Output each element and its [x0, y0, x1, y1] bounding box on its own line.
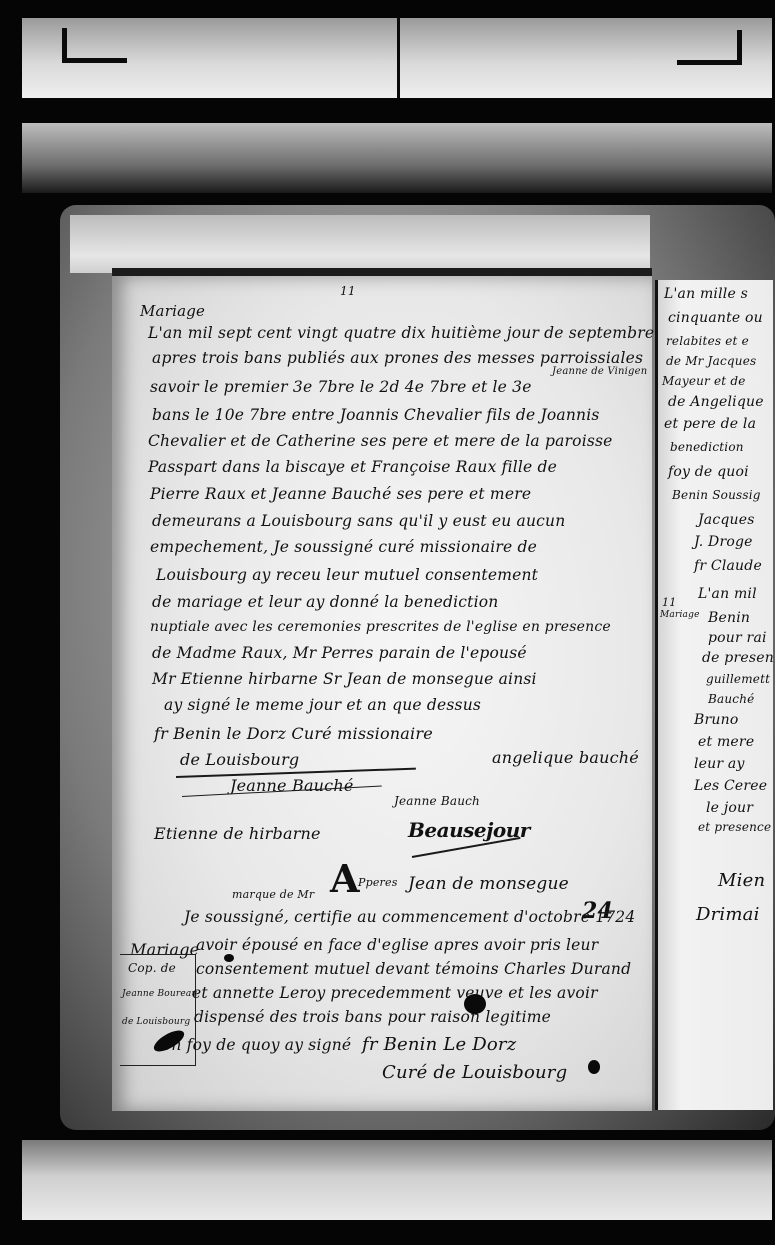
right-lower-line-2: Benin — [708, 610, 750, 626]
next-frame-strip — [22, 1140, 772, 1220]
frame-corner-bracket-right — [677, 30, 742, 65]
register-page-right: L'an mille s cinquante ou relabites et e… — [655, 280, 773, 1110]
right-lower-line-12: et presence — [698, 820, 771, 834]
witness-signature-jeanne-bauch: Jeanne Bauch — [394, 794, 480, 808]
margin-box-line-1: Cop. de — [128, 961, 176, 975]
priest-signature: fr Benin le Dorz Curé missionaire — [154, 724, 433, 743]
entry1-line-1: L'an mil sept cent vingt quatre dix huit… — [148, 324, 654, 342]
witness-signature-pperes: Pperes — [358, 876, 398, 889]
mark-label: marque de Mr — [232, 888, 314, 901]
right-lower-line-7: Bruno — [694, 712, 738, 728]
frame-corner-bracket-right — [22, 1180, 772, 1222]
entry1-line-2: apres trois bans publiés aux prones des … — [152, 349, 643, 367]
right-line-9: foy de quoi — [668, 464, 749, 480]
witness-signature-jean-de-monsegue: Jean de monsegue — [408, 874, 569, 894]
ink-blot — [224, 954, 234, 962]
cross-mark-glyph: A — [330, 856, 360, 901]
entry1-line-6: Passpart dans la biscaye et Françoise Ra… — [148, 458, 557, 476]
right-line-3: relabites et e — [666, 334, 749, 348]
right-line-4: de Mr Jacques — [666, 354, 756, 368]
entry1-line-9: empechement, Je soussigné curé missionai… — [150, 538, 537, 556]
right-lower-line-1: L'an mil — [698, 586, 757, 602]
right-line-2: cinquante ou — [668, 310, 763, 326]
entry2-line-3: consentement mutuel devant témoins Charl… — [196, 960, 631, 978]
right-margin-title: Mariage — [660, 610, 700, 620]
right-lower-line-11: le jour — [706, 800, 753, 816]
right-line-13: fr Claude — [694, 558, 762, 574]
previous-frame-strip — [22, 18, 772, 98]
right-lower-line-14: Drimai — [696, 904, 760, 925]
register-page-left: 11 Mariage L'an mil sept cent vingt quat… — [112, 268, 652, 1111]
entry1-line-4: bans le 10e 7bre entre Joannis Chevalier… — [152, 406, 600, 424]
frame-center-divider — [397, 18, 400, 98]
entry1-line-15: ay signé le meme jour et an que dessus — [164, 696, 481, 714]
frame-corner-bracket-left — [62, 28, 127, 63]
entry1-line-12: nuptiale avec les ceremonies prescrites … — [150, 619, 611, 635]
right-line-11: Jacques — [698, 512, 755, 528]
ink-blot — [588, 1060, 600, 1074]
entry1-line-14: Mr Etienne hirbarne Sr Jean de monsegue … — [152, 670, 537, 688]
blurred-frame-strip — [22, 123, 772, 193]
entry2-priest-place: Curé de Louisbourg — [382, 1062, 567, 1083]
witness-signature-angelique-bauche: angelique bauché — [492, 748, 639, 767]
priest-signature-place: de Louisbourg — [180, 750, 299, 769]
right-lower-line-6: Bauché — [708, 692, 754, 706]
right-line-7: et pere de la — [664, 416, 756, 432]
entry1-line-5: Chevalier et de Catherine ses pere et me… — [148, 432, 613, 450]
right-lower-line-9: leur ay — [694, 756, 745, 772]
right-lower-line-10: Les Ceree — [694, 778, 767, 794]
right-line-6: de Angelique — [668, 394, 764, 410]
entry2-line-6: en foy de quoy ay signé — [162, 1036, 351, 1054]
right-line-12: J. Droge — [694, 534, 753, 550]
right-folio-mark: 11 — [662, 596, 676, 609]
right-lower-line-3: pour rai — [708, 630, 767, 646]
right-line-8: benediction — [670, 440, 744, 454]
entry1-line-13: de Madme Raux, Mr Perres parain de l'epo… — [152, 644, 527, 662]
entry1-interline-note: Jeanne de Vinigen — [552, 366, 647, 377]
entry1-line-3: savoir le premier 3e 7bre le 2d 4e 7bre … — [150, 378, 532, 396]
entry2-priest-signature: fr Benin Le Dorz — [362, 1034, 516, 1055]
ink-blot — [464, 994, 486, 1014]
right-line-5: Mayeur et de — [662, 374, 746, 388]
right-line-1: L'an mille s — [664, 286, 748, 302]
book-top-edge — [70, 215, 650, 273]
entry2-line-2: avoir épousé en face d'eglise apres avoi… — [196, 936, 598, 954]
entry1-line-7: Pierre Raux et Jeanne Bauché ses pere et… — [150, 485, 531, 503]
margin-box-line-2: Jeanne Boureau — [122, 989, 198, 999]
folio-mark: 11 — [340, 284, 356, 298]
frame-corner-bracket-left — [22, 1140, 772, 1180]
entry2-line-5: dispensé des trois bans pour raison legi… — [194, 1008, 551, 1026]
margin-box-line-3: de Louisbourg — [122, 1017, 190, 1027]
entry1-margin-title: Mariage — [140, 302, 205, 320]
right-lower-line-5: guillemett — [706, 672, 770, 686]
right-lower-line-4: de presen — [702, 650, 774, 666]
right-lower-line-13: Mien — [718, 870, 765, 891]
entry1-line-10: Louisbourg ay receu leur mutuel consente… — [156, 566, 538, 584]
entry2-line-1: Je soussigné, certifie au commencement d… — [184, 908, 635, 926]
entry1-line-11: de mariage et leur ay donné la benedicti… — [152, 593, 498, 611]
entry2-line-4: et annette Leroy precedemment veuve et l… — [192, 984, 598, 1002]
right-line-10: Benin Soussig — [672, 488, 761, 502]
right-lower-line-8: et mere — [698, 734, 754, 750]
entry1-line-8: demeurans a Louisbourg sans qu'il y eust… — [152, 512, 565, 530]
witness-signature-etienne-hirbarne: Etienne de hirbarne — [154, 824, 321, 843]
